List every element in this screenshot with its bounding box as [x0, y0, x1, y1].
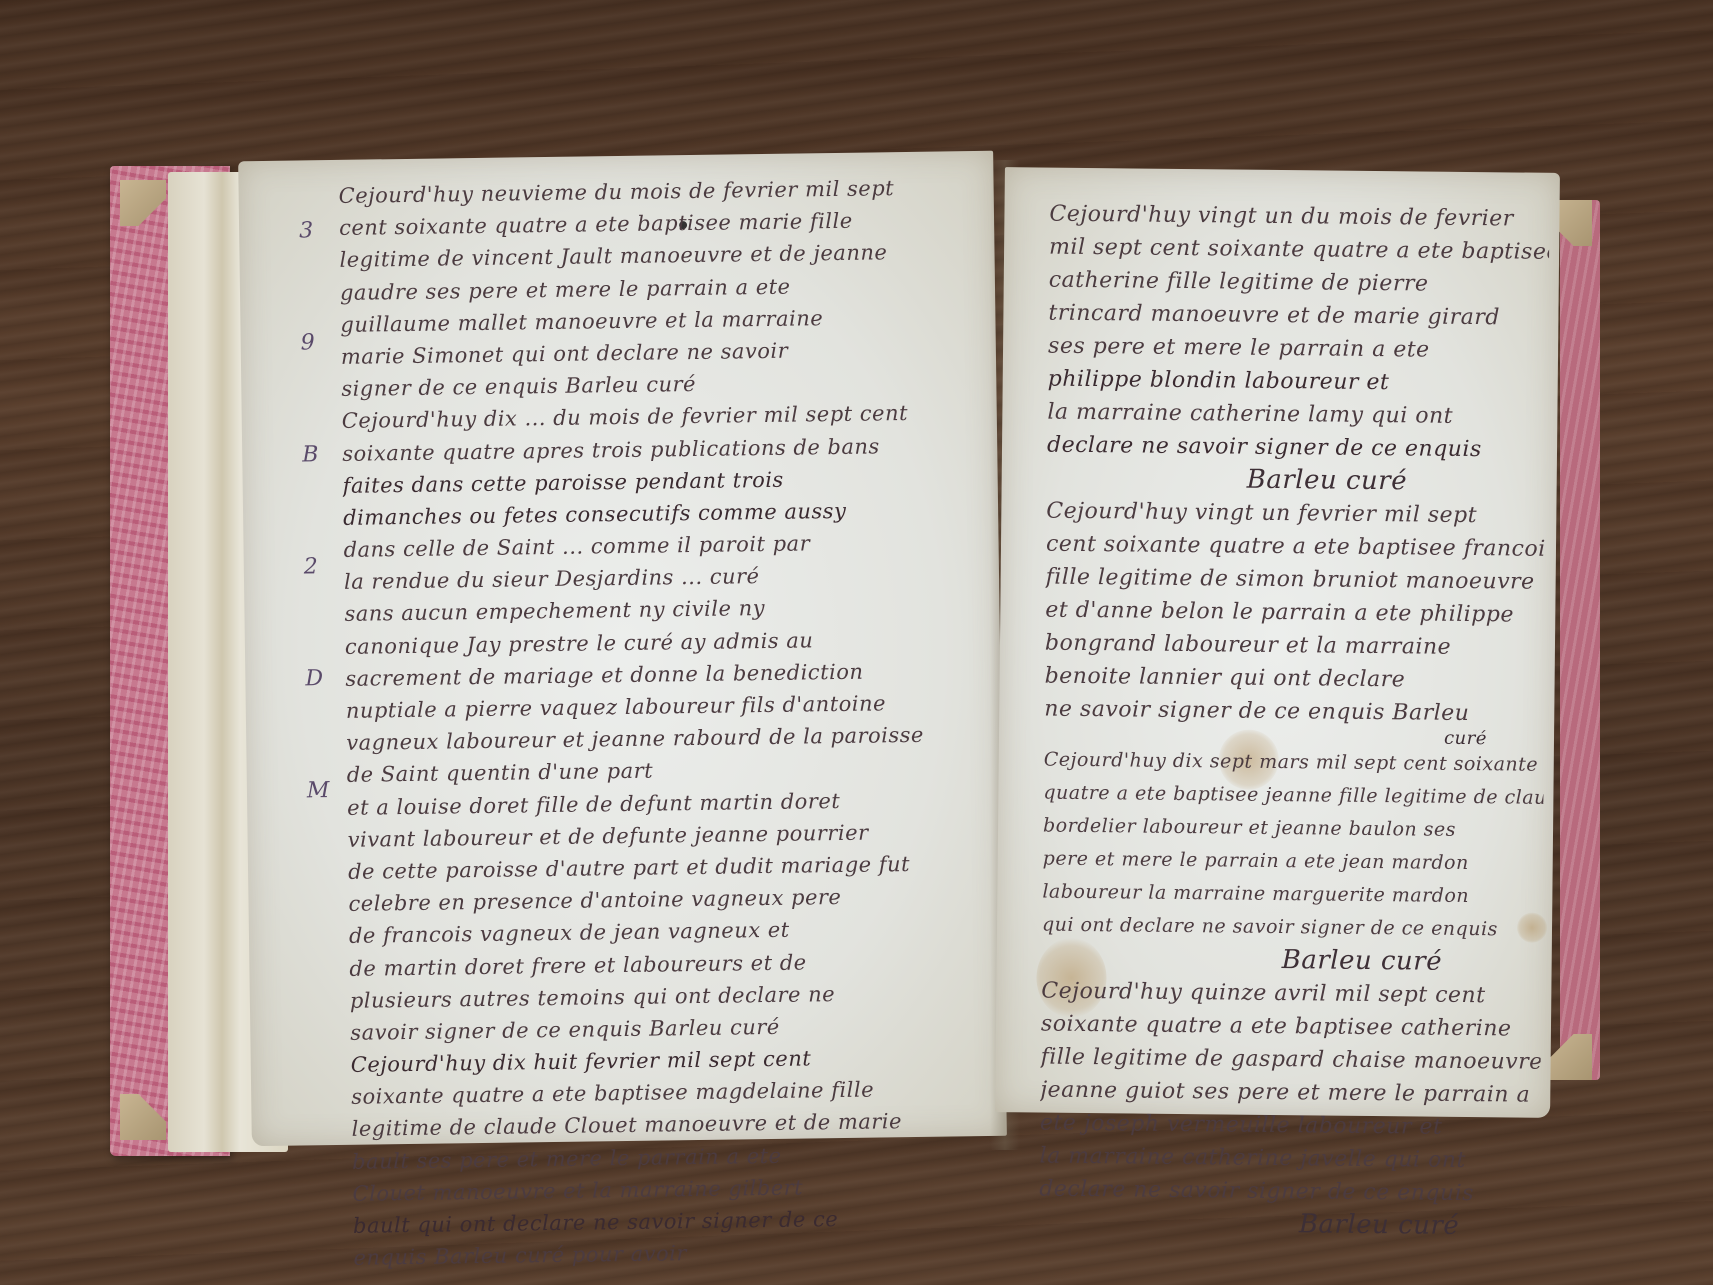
marbled-cover-right	[1560, 200, 1600, 1080]
entry-baptism-catherine-chaise: Cejourd'huy quinze avril mil sept cent s…	[1039, 975, 1542, 1244]
right-page-text: Cejourd'huy vingt un du mois de fevrier …	[1039, 198, 1550, 1244]
right-page: Cejourd'huy vingt un du mois de fevrier …	[995, 167, 1560, 1118]
entry-baptism-francoise-bruniot: Cejourd'huy vingt un fevrier mil sept ce…	[1044, 495, 1547, 749]
leather-corner-bottom-right	[1546, 1034, 1592, 1080]
entry-marriage-vagneux-doret: Cejourd'huy dix ... du mois de fevrier m…	[342, 396, 991, 1049]
entry-baptism-catherine-trincard: Cejourd'huy vingt un du mois de fevrier …	[1047, 198, 1550, 500]
open-register-book: 3 9 B 2 D M Cejourd'huy neuvieme du mois…	[110, 160, 1600, 1160]
entry-baptism-magdelaine: Cejourd'huy dix huit fevrier mil sept ce…	[351, 1040, 994, 1274]
left-page: 3 9 B 2 D M Cejourd'huy neuvieme du mois…	[238, 151, 1007, 1146]
entry-baptism-marie: Cejourd'huy neuvieme du mois de fevrier …	[338, 171, 981, 405]
left-page-text: Cejourd'huy neuvieme du mois de fevrier …	[338, 171, 993, 1274]
entry-baptism-jeanne-bordelier: Cejourd'huy dix sept mars mil sept cent …	[1042, 744, 1544, 980]
